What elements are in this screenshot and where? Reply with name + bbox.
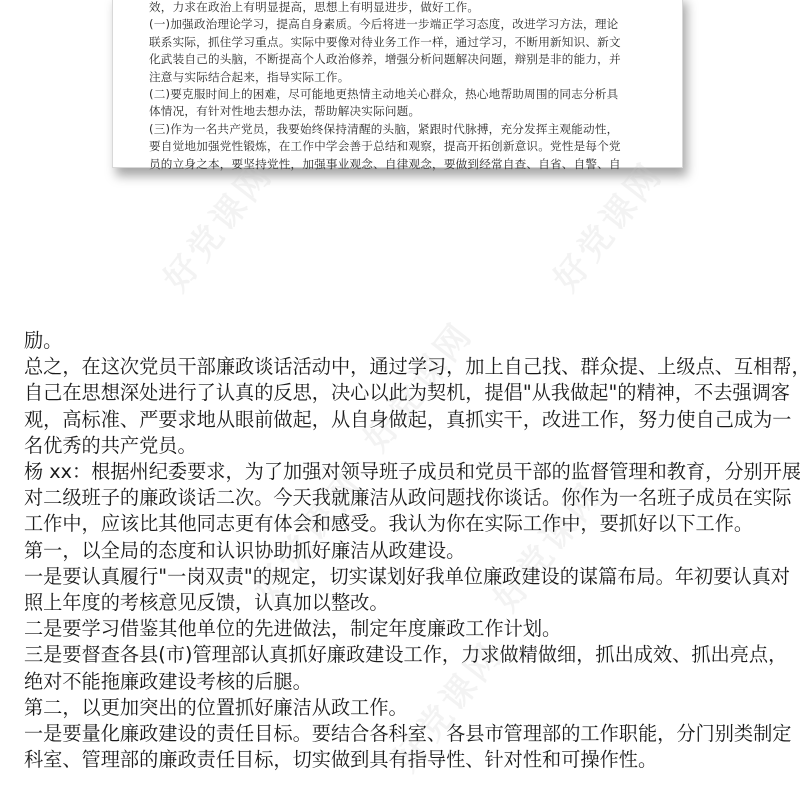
body-line: 工作中，应该比其他同志更有体会和感受。我认为你在实际工作中，要抓好以下工作。 — [24, 511, 784, 537]
body-line: 第一，以全局的态度和认识协助抓好廉洁从政建设。 — [24, 538, 784, 564]
document-preview-page: 效，力求在政治上有明显提高，思想上有明显进步，做好工作。 (一)加强政治理论学习… — [112, 0, 683, 168]
body-line: 励。 — [24, 328, 784, 354]
preview-line: 员的立身之本，要坚持党性，加强事业观念、自律观念，要做到经常自查、自省、自警、自 — [149, 156, 682, 173]
body-line: 总之，在这次党员干部廉政谈话活动中，通过学习，加上自己找、群众提、上级点、互相帮… — [24, 354, 784, 380]
document-body: 励。 总之，在这次党员干部廉政谈话活动中，通过学习，加上自己找、群众提、上级点、… — [24, 328, 784, 773]
preview-line: (一)加强政治理论学习，提高自身素质。今后将进一步端正学习态度，改进学习方法，理… — [149, 16, 682, 33]
body-line: 杨 xx：根据州纪委要求，为了加强对领导班子成员和党员干部的监督管理和教育，分别… — [24, 459, 784, 485]
preview-line: 效，力求在政治上有明显提高，思想上有明显进步，做好工作。 — [149, 0, 682, 16]
preview-line: 要自觉地加强党性锻炼，在工作中学会善于总结和观察，提高开拓创新意识。党性是每个党 — [149, 138, 682, 155]
body-line: 自己在思想深处进行了认真的反思，决心以此为契机，提倡"从我做起"的精神，不去强调… — [24, 380, 784, 406]
preview-line: 化武装自己的头脑，不断提高个人政治修养，增强分析问题解决问题，辩别是非的能力，并 — [149, 51, 682, 68]
body-line: 第二，以更加突出的位置抓好廉洁从政工作。 — [24, 695, 784, 721]
body-line: 对二级班子的廉政谈话二次。今天我就廉洁从政问题找你谈话。你作为一名班子成员在实际 — [24, 485, 784, 511]
preview-line: (三)作为一名共产党员，我要始终保持清醒的头脑，紧跟时代脉搏，充分发挥主观能动性… — [149, 121, 682, 138]
body-line: 绝对不能拖廉政建设考核的后腿。 — [24, 669, 784, 695]
body-line: 二是要学习借鉴其他单位的先进做法，制定年度廉政工作计划。 — [24, 616, 784, 642]
body-line: 观，高标准、严要求地从眼前做起，从自身做起，真抓实干，改进工作，努力使自己成为一 — [24, 407, 784, 433]
body-line: 名优秀的共产党员。 — [24, 433, 784, 459]
body-line: 照上年度的考核意见反馈，认真加以整改。 — [24, 590, 784, 616]
body-line: 三是要督查各县(市)管理部认真抓好廉政建设工作，力求做精做细，抓出成效、抓出亮点… — [24, 642, 784, 668]
body-line: 一是要量化廉政建设的责任目标。要结合各科室、各县市管理部的工作职能，分门别类制定 — [24, 721, 784, 747]
preview-line: 体情况，有针对性地去想办法，帮助解决实际问题。 — [149, 103, 682, 120]
preview-line: (二)要克服时间上的困难，尽可能地更热情主动地关心群众，热心地帮助周围的同志分析… — [149, 86, 682, 103]
preview-line: 注意与实际结合起来，指导实际工作。 — [149, 69, 682, 86]
body-line: 一是要认真履行"一岗双责"的规定，切实谋划好我单位廉政建设的谋篇布局。年初要认真… — [24, 564, 784, 590]
body-line: 科室、管理部的廉政责任目标，切实做到具有指导性、针对性和可操作性。 — [24, 747, 784, 773]
preview-line: 联系实际，抓住学习重点。实际中要像对待业务工作一样，通过学习，不断用新知识、新文 — [149, 34, 682, 51]
